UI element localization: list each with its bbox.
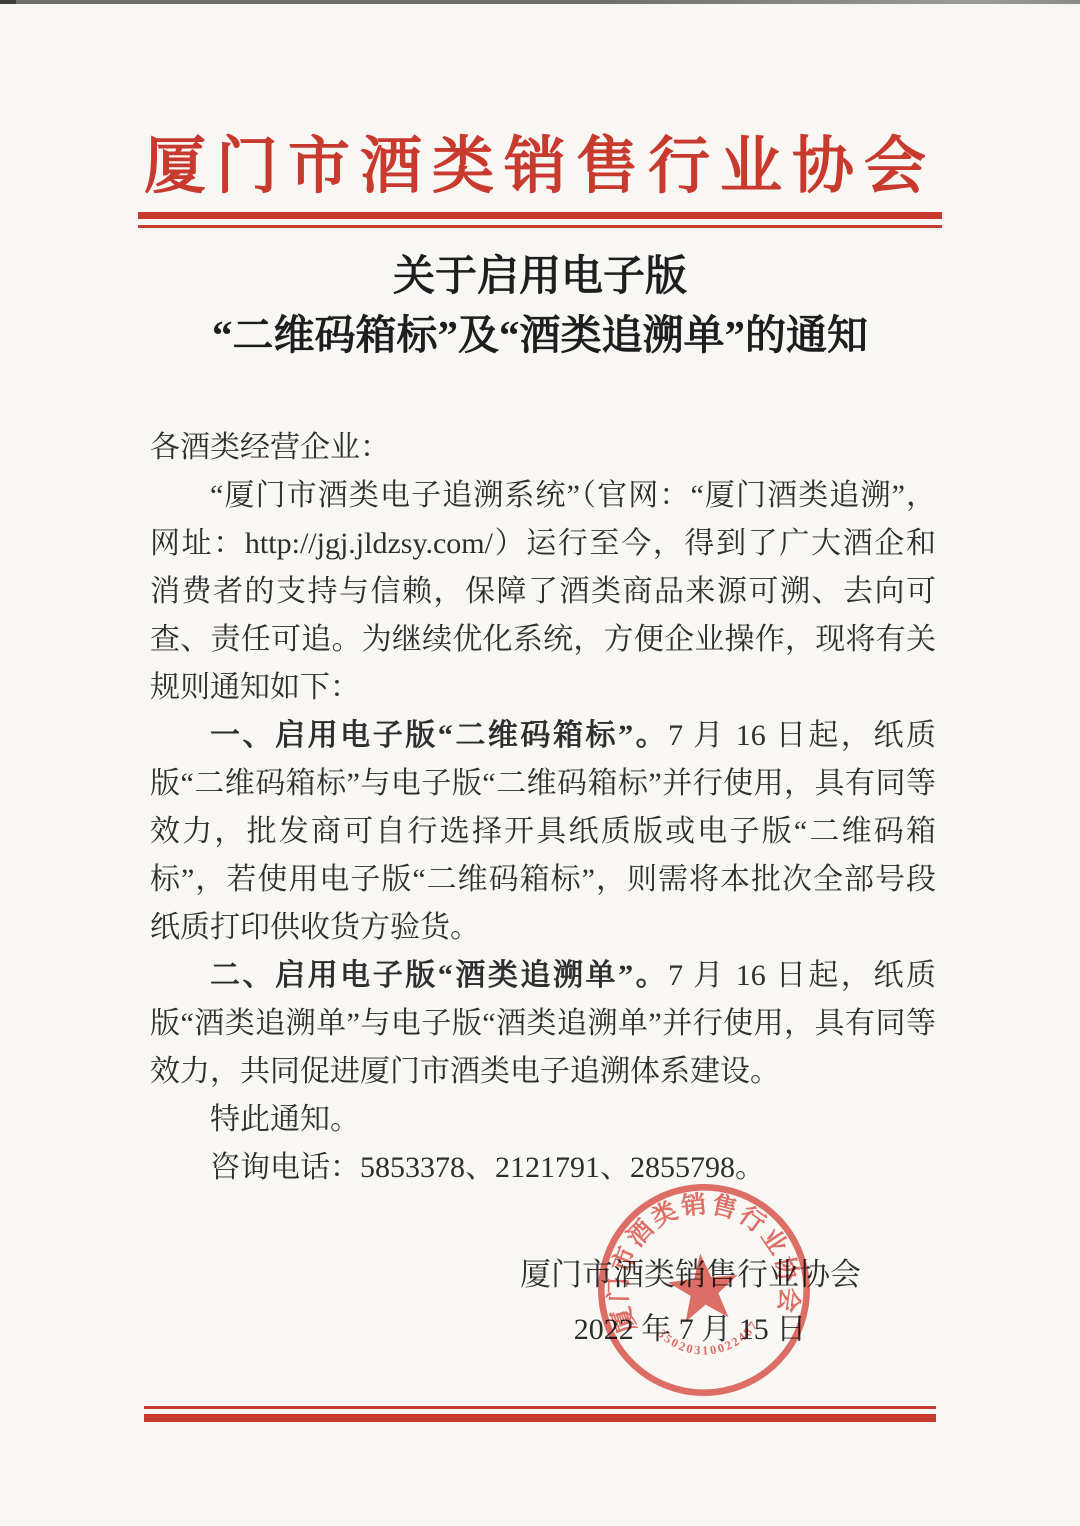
paragraph-text: 咨询电话：5853378、2121791、2855798。: [210, 1151, 765, 1184]
scan-edge-artifact: [0, 0, 1080, 4]
body-paragraphs: “厦门市酒类电子追溯系统”（官网：“厦门酒类追溯”，网址：http://jgj.…: [150, 472, 936, 1192]
body-paragraph: 一、启用电子版“二维码箱标”。7 月 16 日起，纸质版“二维码箱标”与电子版“…: [150, 712, 936, 952]
paragraph-text: 特此通知。: [210, 1103, 360, 1136]
signature-org-name: 厦门市酒类销售行业协会: [520, 1250, 860, 1300]
footer-rule-thin: [144, 1406, 936, 1409]
paragraph-text: “厦门市酒类电子追溯系统”（官网：“厦门酒类追溯”，网址：http://jgj.…: [150, 479, 936, 704]
document-title-line2: “二维码箱标”及“酒类追溯单”的通知: [0, 306, 1080, 364]
signature-block: 厦门市酒类销售行业协会 2022 年 7 月 15 日: [520, 1250, 860, 1354]
footer-rule-thick: [144, 1414, 936, 1422]
paragraph-text: 7 月 16 日起，纸质版“二维码箱标”与电子版“二维码箱标”并行使用，具有同等…: [150, 719, 936, 944]
body-paragraph: 咨询电话：5853378、2121791、2855798。: [150, 1144, 936, 1192]
body-paragraph: “厦门市酒类电子追溯系统”（官网：“厦门酒类追溯”，网址：http://jgj.…: [150, 472, 936, 712]
document-title-line1: 关于启用电子版: [0, 248, 1080, 306]
document-title: 关于启用电子版 “二维码箱标”及“酒类追溯单”的通知: [0, 248, 1080, 364]
letterhead-org-name: 厦门市酒类销售行业协会: [0, 116, 1080, 205]
document-body: 各酒类经营企业： “厦门市酒类电子追溯系统”（官网：“厦门酒类追溯”，网址：ht…: [150, 424, 936, 1192]
header-rule-thick: [138, 212, 942, 219]
paragraph-lead-bold: 一、启用电子版“二维码箱标”。: [210, 719, 668, 752]
scanned-notice-document: 厦门市酒类销售行业协会 关于启用电子版 “二维码箱标”及“酒类追溯单”的通知 各…: [0, 0, 1080, 1526]
body-paragraph: 特此通知。: [150, 1096, 936, 1144]
salutation: 各酒类经营企业：: [150, 424, 936, 472]
body-paragraph: 二、启用电子版“酒类追溯单”。7 月 16 日起，纸质版“酒类追溯单”与电子版“…: [150, 952, 936, 1096]
signature-date: 2022 年 7 月 15 日: [520, 1306, 860, 1354]
header-rule-thin: [138, 225, 942, 228]
paragraph-lead-bold: 二、启用电子版“酒类追溯单”。: [210, 959, 668, 992]
